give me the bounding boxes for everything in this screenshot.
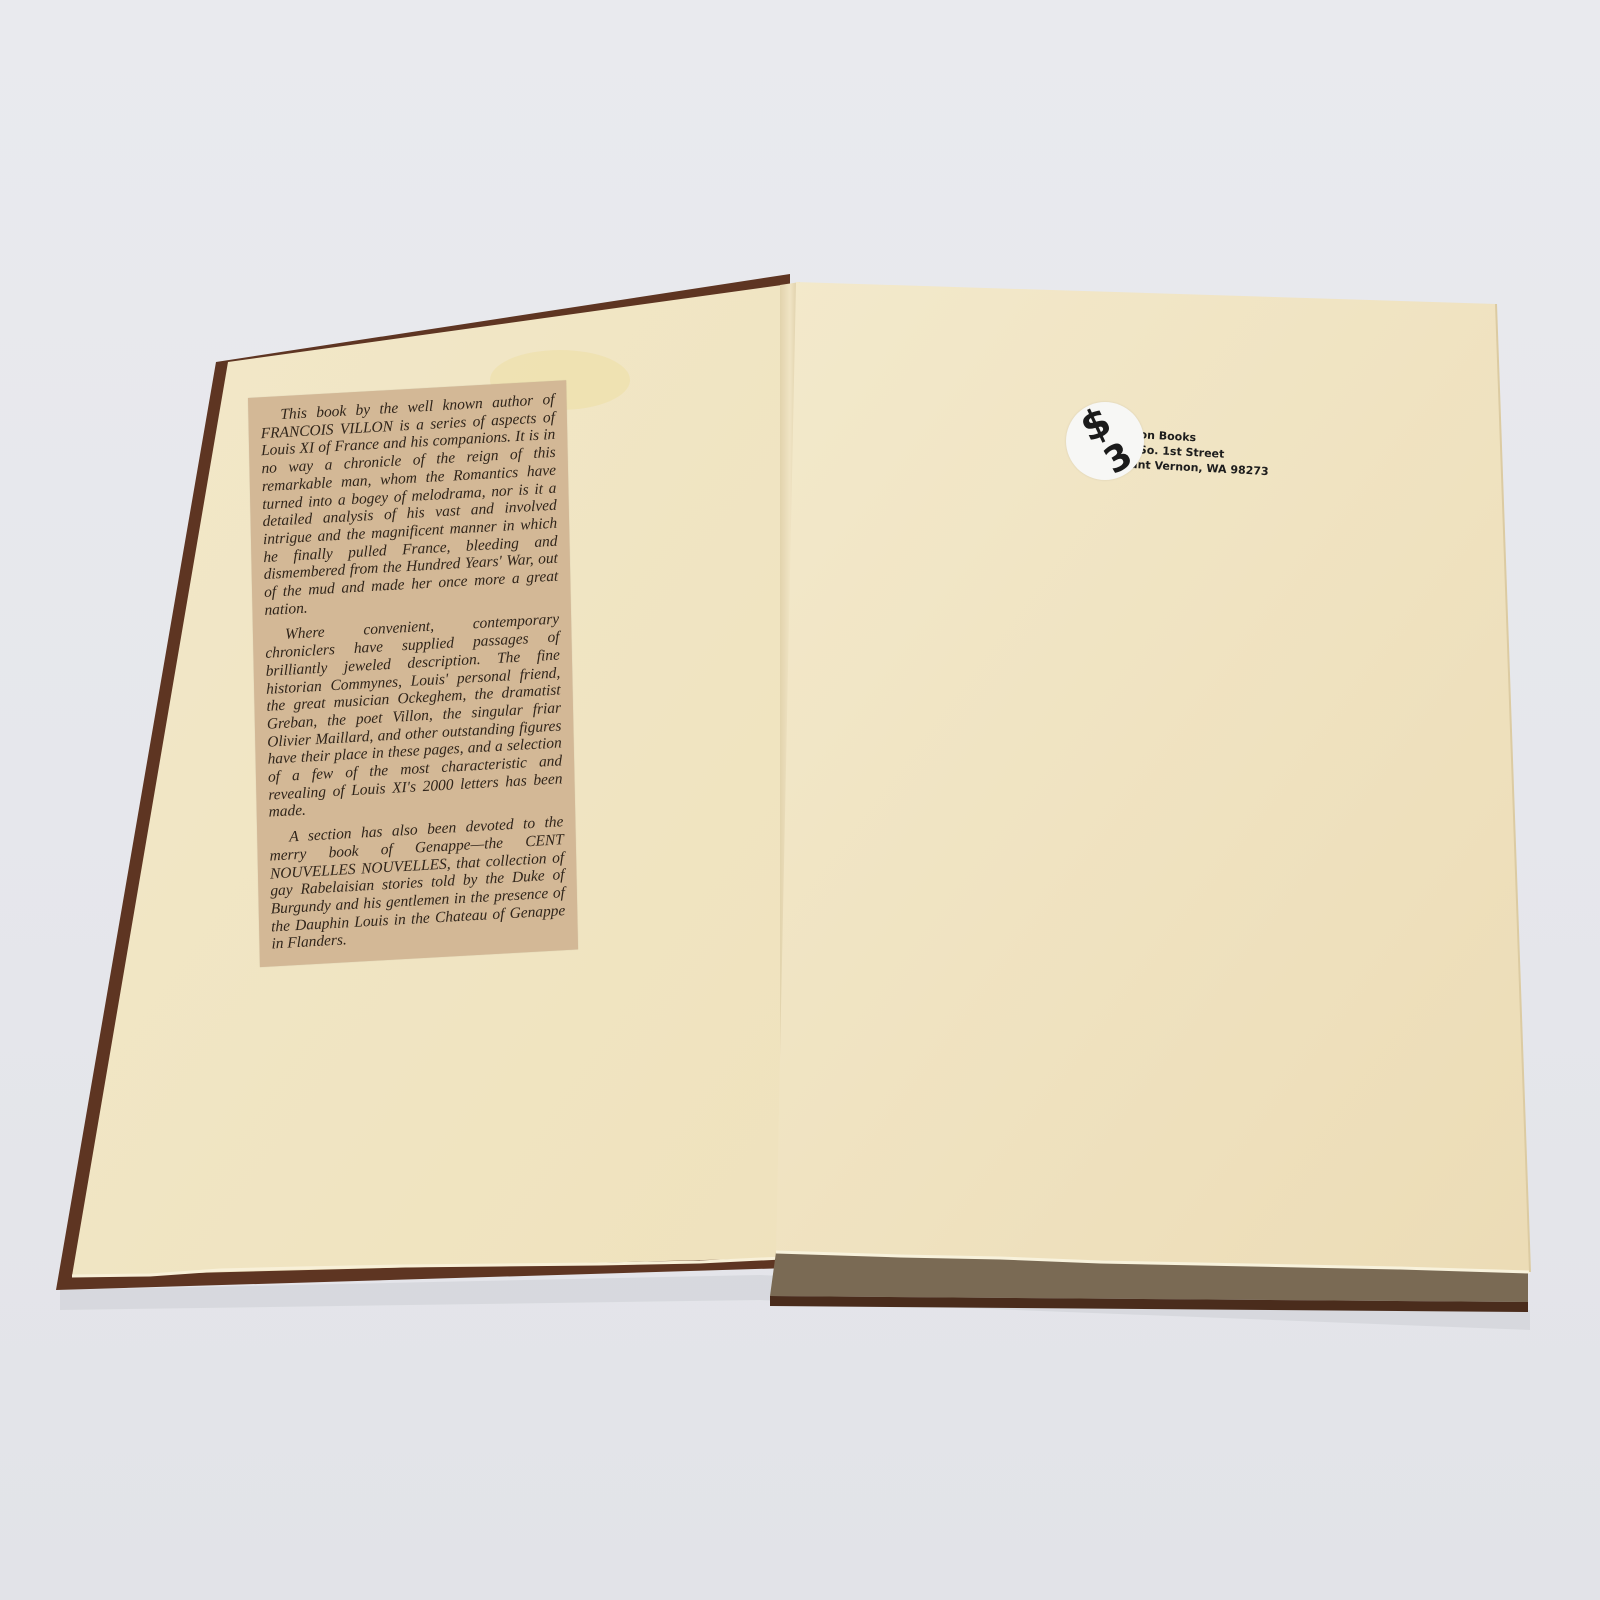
photo-scene: This book by the well known author of FR… [0, 0, 1600, 1600]
blurb-paragraph-3: A section has also been devoted to the m… [269, 813, 566, 953]
open-book [0, 0, 1600, 1600]
publisher-blurb-clipping: This book by the well known author of FR… [248, 380, 578, 967]
blurb-paragraph-2: Where convenient, contemporary chronicle… [265, 611, 563, 822]
blurb-paragraph-1: This book by the well known author of FR… [260, 391, 559, 620]
